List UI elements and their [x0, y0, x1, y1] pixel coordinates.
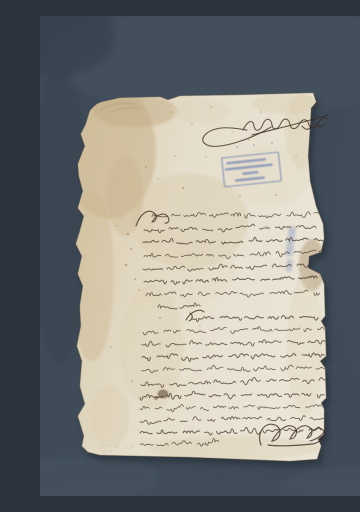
- paper-grain-texture: [70, 86, 330, 471]
- photo-canvas: [40, 16, 360, 496]
- manuscript-photo: [40, 16, 360, 496]
